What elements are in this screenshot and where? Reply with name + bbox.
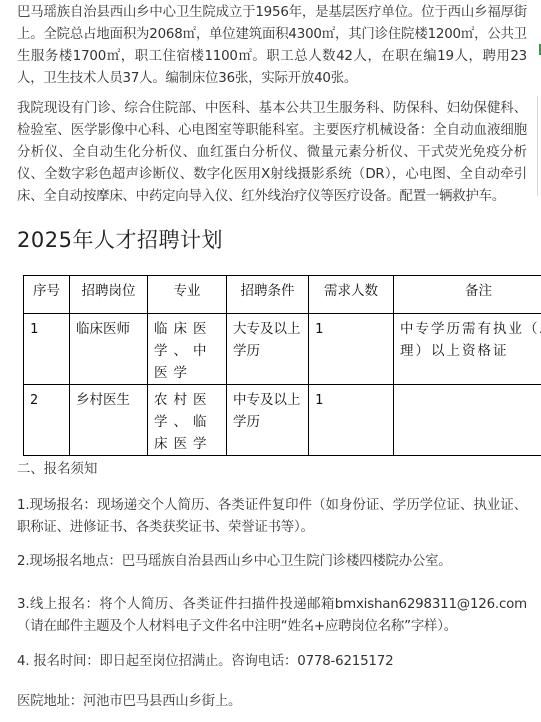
- intro-paragraph: 巴马瑶族自治县西山乡中心卫生院成立于1956年，是基层医疗单位。位于西山乡福厚街…: [17, 2, 527, 90]
- header-major: 专业: [148, 276, 227, 314]
- header-count: 需求人数: [309, 276, 394, 314]
- hospital-address: 医院地址：河池市巴马县西山乡街上。: [17, 691, 527, 713]
- cell-requirement: 大专及以上学历: [227, 314, 309, 385]
- header-remark: 备注: [394, 276, 541, 314]
- cell-major: 临床医学、中医学: [148, 314, 227, 385]
- header-position: 招聘岗位: [70, 276, 148, 314]
- cell-position: 临床医师: [70, 314, 148, 385]
- recruitment-table-container: 序号 招聘岗位 专业 招聘条件 需求人数 备注 1 临床医师 临床医学、中医学 …: [23, 275, 541, 456]
- notice-item-location: 2.现场报名地点：巴马瑶族自治县西山乡中心卫生院门诊楼四楼院办公室。: [17, 551, 527, 573]
- cell-index: 2: [24, 385, 70, 456]
- table-header-row: 序号 招聘岗位 专业 招聘条件 需求人数 备注: [24, 276, 541, 314]
- notice-item-time-phone: 4. 报名时间：即日起至岗位招满止。咨询电话：0778-6215172: [17, 651, 527, 673]
- cell-remark: 中专学历需有执业（助理）以上资格证: [394, 314, 541, 385]
- notice-heading: 二、报名须知: [17, 459, 97, 481]
- cell-major: 农村医学、临床医学: [148, 385, 227, 456]
- cell-remark: [394, 385, 541, 456]
- scrollbar-track[interactable]: [537, 96, 538, 196]
- recruitment-title: 2025年人才招聘计划: [17, 226, 223, 254]
- notice-item-onsite: 1.现场报名：现场递交个人简历、各类证件复印件（如身份证、学历学位证、执业证、职…: [17, 495, 527, 539]
- cell-count: 1: [309, 314, 394, 385]
- cell-position: 乡村医生: [70, 385, 148, 456]
- recruitment-table: 序号 招聘岗位 专业 招聘条件 需求人数 备注 1 临床医师 临床医学、中医学 …: [23, 275, 541, 456]
- header-requirement: 招聘条件: [227, 276, 309, 314]
- cell-index: 1: [24, 314, 70, 385]
- article-page: 巴马瑶族自治县西山乡中心卫生院成立于1956年，是基层医疗单位。位于西山乡福厚街…: [0, 0, 541, 722]
- departments-paragraph: 我院现设有门诊、综合住院部、中医科、基本公共卫生服务科、防保科、妇幼保健科、检验…: [17, 98, 527, 208]
- table-row: 1 临床医师 临床医学、中医学 大专及以上学历 1 中专学历需有执业（助理）以上…: [24, 314, 541, 385]
- cell-requirement: 中专及以上学历: [227, 385, 309, 456]
- table-row: 2 乡村医生 农村医学、临床医学 中专及以上学历 1: [24, 385, 541, 456]
- header-index: 序号: [24, 276, 70, 314]
- notice-item-online: 3.线上报名：将个人简历、各类证件扫描件投递邮箱bmxishan6298311@…: [17, 594, 527, 638]
- cell-count: 1: [309, 385, 394, 456]
